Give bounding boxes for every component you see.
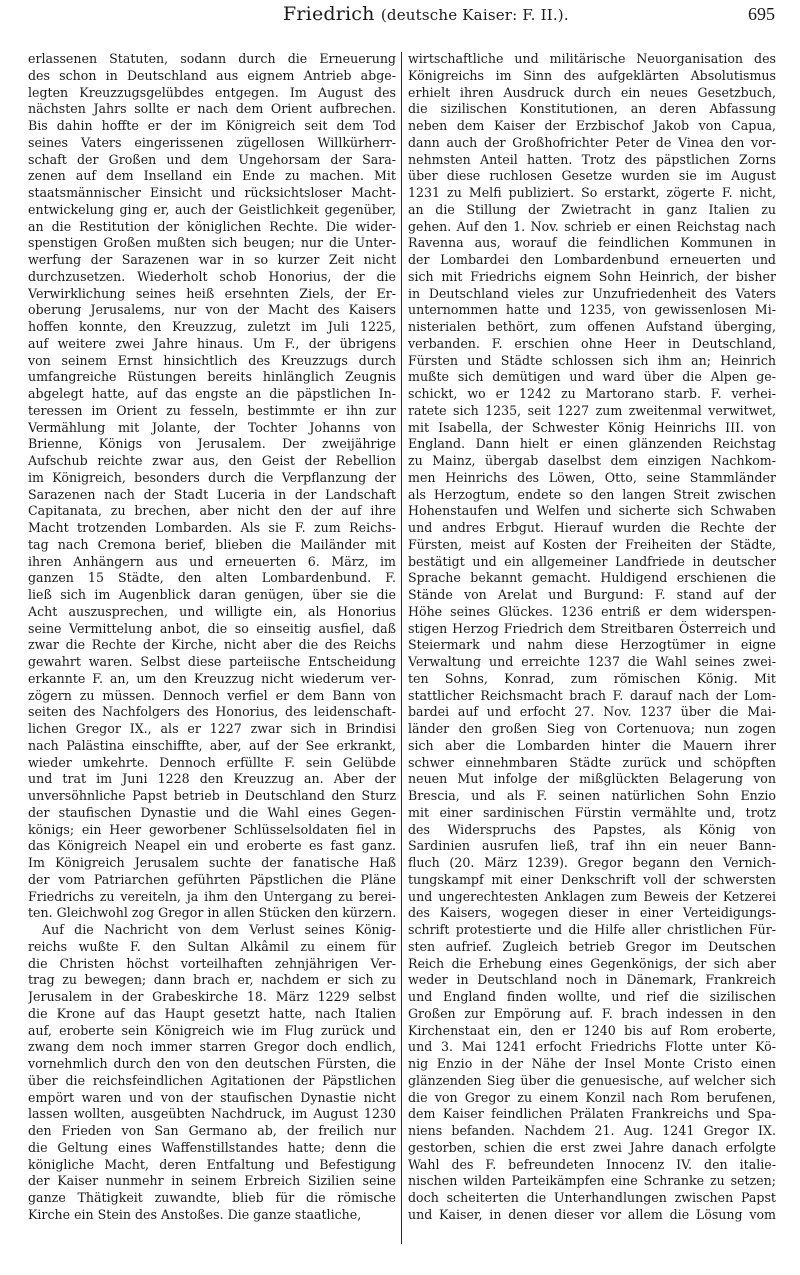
text-line: königliche Macht, deren Entfaltung und B…: [28, 1157, 396, 1174]
text-line: unternommen hatte und 1235, von gewissen…: [408, 302, 776, 319]
text-line: Kirche ein Stein des Anstoßes. Die ganze…: [28, 1207, 396, 1224]
text-line: an die Restitution der königlichen Recht…: [28, 219, 396, 236]
text-line: staatsmännischer Einsicht und rücksichts…: [28, 185, 396, 202]
text-line: mit einer sardinischen Fürstin vermählte…: [408, 805, 776, 822]
text-line: glänzenden Sieg über die genuesische, au…: [408, 1073, 776, 1090]
text-line: Hohenstaufen und Welfen und sicherte sic…: [408, 503, 776, 520]
text-line: seines Vaters eingerissenen zügellosen W…: [28, 135, 396, 152]
text-line: Höhe seines Glückes. 1236 entriß er dem …: [408, 604, 776, 621]
text-line: seiten des Nachfolgers des Honorius, des…: [28, 704, 396, 721]
text-line: unversöhnliche Papst betrieb in Deutschl…: [28, 788, 396, 805]
text-line: Verwirklichung seines heiß ersehnten Zie…: [28, 286, 396, 303]
column-divider: [401, 52, 402, 1244]
text-line: Verwaltung und erreichte 1237 die Wahl s…: [408, 654, 776, 671]
text-line: durchzusetzen. Wiederholt schob Honorius…: [28, 269, 396, 286]
text-line: men Heinrichs des Löwen, Otto, seine Sta…: [408, 470, 776, 487]
text-line: und ungerechtesten Anklagen zum Beweis d…: [408, 889, 776, 906]
text-line: die sizilischen Konstitutionen, an deren…: [408, 101, 776, 118]
text-line: sich mit Friedrichs eignem Sohn Heinrich…: [408, 269, 776, 286]
left-column: erlassenen Statuten, sodann durch die Er…: [28, 51, 396, 1224]
text-line: vornehmlich durch den von den deutschen …: [28, 1056, 396, 1073]
text-line: werfung der Sarazenen war in so kurzer Z…: [28, 252, 396, 269]
text-line: mußte sich demütigen und ward über die A…: [408, 369, 776, 386]
text-line: über die reichsfeindlichen Agitationen d…: [28, 1073, 396, 1090]
text-line: die Christen höchst vorteilhaften zehnjä…: [28, 956, 396, 973]
text-line: bardei auf und erfocht 27. Nov. 1237 übe…: [408, 704, 776, 721]
text-line: verbanden. F. erschien ohne Heer in Deut…: [408, 336, 776, 353]
text-line: der Kaiser nunmehr in seinem Erbreich Si…: [28, 1173, 396, 1190]
text-line: erkannte F. an, um den Kreuzzug nicht wi…: [28, 671, 396, 688]
text-line: Kirchenstaat ein, den er 1240 bis auf Ro…: [408, 1023, 776, 1040]
text-line: an die Stillung der Zwietracht in ganz I…: [408, 202, 776, 219]
text-line: zögern zu müssen. Dennoch verfiel er dem…: [28, 688, 396, 705]
text-line: und trat im Juni 1228 den Kreuzzug an. A…: [28, 771, 396, 788]
text-line: spenstigen Großen mußten sich beugen; nu…: [28, 235, 396, 252]
page-number: 695: [748, 4, 775, 25]
text-line: in Deutschland vieles zur Unzufriedenhei…: [408, 286, 776, 303]
text-line: gestorben, schien die erst zwei Jahre da…: [408, 1140, 776, 1157]
text-line: England. Dann hielt er einen glänzenden …: [408, 436, 776, 453]
text-line: zwang dem noch immer starren Gregor doch…: [28, 1039, 396, 1056]
text-line: Stände von Arelat und Burgund: F. stand …: [408, 587, 776, 604]
text-line: trag zu bewegen; dann brach er, nachdem …: [28, 972, 396, 989]
text-line: teressen im Orient zu fesseln, bestimmte…: [28, 403, 396, 420]
text-line: Wahl des F. befreundeten Innocenz IV. de…: [408, 1157, 776, 1174]
text-line: neben dem Kaiser der Erzbischof Jakob vo…: [408, 118, 776, 135]
text-line: ihren Anhängern aus und erneuerten 6. Mä…: [28, 554, 396, 571]
text-line: Fürsten und Städte schlossen sich ihm an…: [408, 353, 776, 370]
text-line: die Krone auf das Haupt gesetzt hatte, n…: [28, 1006, 396, 1023]
text-line: seine Vermittelung anbot, die so einseit…: [28, 621, 396, 638]
text-line: und England finden wollte, und rief die …: [408, 989, 776, 1006]
text-line: entwickelung ging er, auch der Geistlich…: [28, 202, 396, 219]
text-line: Jerusalem in der Grabeskirche 18. März 1…: [28, 989, 396, 1006]
text-line: Steiermark und nahm diese Herzogtümer in…: [408, 637, 776, 654]
text-line: Capitanata, zu brechen, aber nicht den d…: [28, 503, 396, 520]
text-line: empört waren und von der staufischen Dyn…: [28, 1090, 396, 1107]
running-title: Friedrich (deutsche Kaiser: F. II.).: [283, 3, 569, 25]
text-line: die von Gregor zu einem Konzil nach Rom …: [408, 1090, 776, 1107]
text-line: reichs wußte F. den Sultan Alkâmil zu ei…: [28, 939, 396, 956]
text-line: auf weitere zwei Jahre hinaus. Um F., de…: [28, 336, 396, 353]
text-line: stattlicher Reichsmacht brach F. darauf …: [408, 688, 776, 705]
text-line: des schon in Deutschland aus eignem Antr…: [28, 68, 396, 85]
text-line: mit Isabella, der Schwester König Heinri…: [408, 420, 776, 437]
text-line: dann auch der Großhofrichter Peter de Vi…: [408, 135, 776, 152]
text-line: Ravenna aus, worauf die feindlichen Komm…: [408, 235, 776, 252]
text-line: zu Mainz, übergab daselbst dem einzigen …: [408, 453, 776, 470]
text-line: doch scheiterten die Unterhandlungen zwi…: [408, 1190, 776, 1207]
text-line: nischen wilden Parteikämpfen eine Schran…: [408, 1173, 776, 1190]
text-line: nach Palästina einschiffte, aber, auf de…: [28, 738, 396, 755]
text-line: gewahrt waren. Selbst diese parteiische …: [28, 654, 396, 671]
text-line: fluch (20. März 1239). Gregor begann den…: [408, 855, 776, 872]
text-line: Königreichs im Sinn des aufgeklärten Abs…: [408, 68, 776, 85]
text-line: schaft der Großen und dem Ungehorsam der…: [28, 152, 396, 169]
text-line: weder in Deutschland noch in Dänemark, F…: [408, 972, 776, 989]
text-line: zwar die Rechte der Kirche, nicht aber d…: [28, 637, 396, 654]
text-line: ten Sohns, Konrad, zum römischen König. …: [408, 671, 776, 688]
text-line: königs; ein Heer geworbener Schlüsselsol…: [28, 822, 396, 839]
text-line: Großen zur Empörung auf. F. brach indess…: [408, 1006, 776, 1023]
entry-subtitle: (deutsche Kaiser: F. II.).: [381, 6, 569, 24]
text-line: Auf die Nachricht von dem Verlust seines…: [28, 922, 396, 939]
text-line: Acht auszusprechen, und willigte ein, al…: [28, 604, 396, 621]
running-header: Friedrich (deutsche Kaiser: F. II.). 695: [0, 3, 800, 29]
text-line: 1231 zu Melfi publiziert. So erstarkt, z…: [408, 185, 776, 202]
text-line: ganze Thätigkeit zuwandte, blieb für die…: [28, 1190, 396, 1207]
text-line: Fürsten, meist auf Kosten der Freiheiten…: [408, 537, 776, 554]
text-line: tag nach Cremona berief, blieben die Mai…: [28, 537, 396, 554]
text-line: zenen auf dem Inselland ein Ende zu mach…: [28, 168, 396, 185]
text-line: Brienne, Königs von Jerusalem. Der zweij…: [28, 436, 396, 453]
text-line: im Königreich, besonders durch die Verpf…: [28, 470, 396, 487]
text-line: abgelegt hatte, auf das engste an die pä…: [28, 386, 396, 403]
text-line: den Frieden von San Germano ab, der frei…: [28, 1123, 396, 1140]
text-line: das Königreich Neapel ein und eroberte e…: [28, 838, 396, 855]
text-line: Im Königreich Jerusalem suchte der fanat…: [28, 855, 396, 872]
text-line: lassen wollten, ausgeübten Nachdruck, im…: [28, 1106, 396, 1123]
text-line: erlassenen Statuten, sodann durch die Er…: [28, 51, 396, 68]
text-line: Sprache bekannt gemacht. Huldigend ersch…: [408, 570, 776, 587]
text-line: und 3. Mai 1241 erfocht Friedrichs Flott…: [408, 1039, 776, 1056]
entry-title: Friedrich: [283, 3, 375, 25]
text-line: die Geltung eines Waffenstillstandes hat…: [28, 1140, 396, 1157]
text-line: Friedrichs zu vereiteln, ja ihm den Unte…: [28, 889, 396, 906]
text-line: ten. Gleichwohl zog Gregor in allen Stüc…: [28, 905, 396, 922]
text-line: länder den großen Sieg von Cortenuova; n…: [408, 721, 776, 738]
text-line: auf, eroberte sein Königreich wie im Flu…: [28, 1023, 396, 1040]
text-line: Bis dahin hoffte er der im Königreich se…: [28, 118, 396, 135]
text-line: von seinem Ernst hinsichtlich des Kreuzz…: [28, 353, 396, 370]
text-line: oberung Jerusalems, nur von der Macht de…: [28, 302, 396, 319]
text-line: nächsten Jahrs sollte er nach dem Orient…: [28, 101, 396, 118]
text-line: der Lombardei den Lombardenbund erneuert…: [408, 252, 776, 269]
text-line: des Widerspruchs des Papstes, als König …: [408, 822, 776, 839]
right-column: wirtschaftliche und militärische Neuorga…: [408, 51, 776, 1224]
text-line: niens befanden. Nachdem 21. Aug. 1241 Gr…: [408, 1123, 776, 1140]
text-line: Vermählung mit Jolante, der Tochter Joha…: [28, 420, 396, 437]
text-line: erhielt ihren Ausdruck durch ein neues G…: [408, 85, 776, 102]
text-line: der staufischen Dynastie und die Wahl ei…: [28, 805, 396, 822]
text-line: des Kaisers, wogegen dieser in einer Ver…: [408, 905, 776, 922]
text-line: dem Kaiser feindlichen Prälaten Frankrei…: [408, 1106, 776, 1123]
text-line: tungskampf mit einer Denkschrift voll de…: [408, 872, 776, 889]
text-line: schwer einnehmbaren Städte zurück und sc…: [408, 755, 776, 772]
text-line: umfangreiche Rüstungen bereits hinlängli…: [28, 369, 396, 386]
text-line: Sarazenen nach der Stadt Luceria in der …: [28, 487, 396, 504]
text-line: wirtschaftliche und militärische Neuorga…: [408, 51, 776, 68]
text-line: Reich die Erhebung eines Gegenkönigs, de…: [408, 956, 776, 973]
text-line: wieder umkehrte. Dennoch erfüllte F. sei…: [28, 755, 396, 772]
text-line: nig Enzio in der Nähe der Insel Monte Cr…: [408, 1056, 776, 1073]
text-line: hoffen konnte, den Kreuzzug, zuletzt im …: [28, 319, 396, 336]
text-line: Aufschub reichte zwar aus, den Geist der…: [28, 453, 396, 470]
text-line: ließ sich im Augenblick daran genügen, ü…: [28, 587, 396, 604]
text-line: schrift protestierte und die Hilfe aller…: [408, 922, 776, 939]
text-line: sich aber die Lombarden hinter die Mauer…: [408, 738, 776, 755]
text-line: ratete sich 1235, seit 1227 zum zweitenm…: [408, 403, 776, 420]
text-line: als Herzogtum, endete so den langen Stre…: [408, 487, 776, 504]
text-line: sten aufrief. Zugleich betrieb Gregor im…: [408, 939, 776, 956]
text-line: Brescia, und als F. seinen natürlichen S…: [408, 788, 776, 805]
text-line: legten Kreuzzugsgelübdes entgegen. Im Au…: [28, 85, 396, 102]
text-line: über diese ruchlosen Gesetze wurden sie …: [408, 168, 776, 185]
text-line: und andres Erbgut. Hierauf wurden die Re…: [408, 520, 776, 537]
text-line: bestätigt und ein allgemeiner Landfriede…: [408, 554, 776, 571]
text-line: gehen. Auf den 1. Nov. schrieb er einen …: [408, 219, 776, 236]
text-line: nehmsten Anteil hatten. Trotz des päpstl…: [408, 152, 776, 169]
text-line: stigen Herzog Friedrich dem Streitbaren …: [408, 621, 776, 638]
text-line: der vom Patriarchen geführten Päpstliche…: [28, 872, 396, 889]
text-line: neuen Mut infolge der mißglückten Belage…: [408, 771, 776, 788]
text-line: und Kaiser, in denen dieser vor allem di…: [408, 1207, 776, 1224]
text-line: Sardinien ausrufen ließ, traf ihn ein ne…: [408, 838, 776, 855]
text-line: schickt, wo er 1242 zu Martorano starb. …: [408, 386, 776, 403]
text-line: lichen Gregor IX., als er 1227 zwar sich…: [28, 721, 396, 738]
text-line: nisterialen bethört, zum offenen Aufstan…: [408, 319, 776, 336]
text-line: ganzen 15 Städte, den alten Lombardenbun…: [28, 570, 396, 587]
text-line: Macht trotzenden Lombarden. Als sie F. z…: [28, 520, 396, 537]
